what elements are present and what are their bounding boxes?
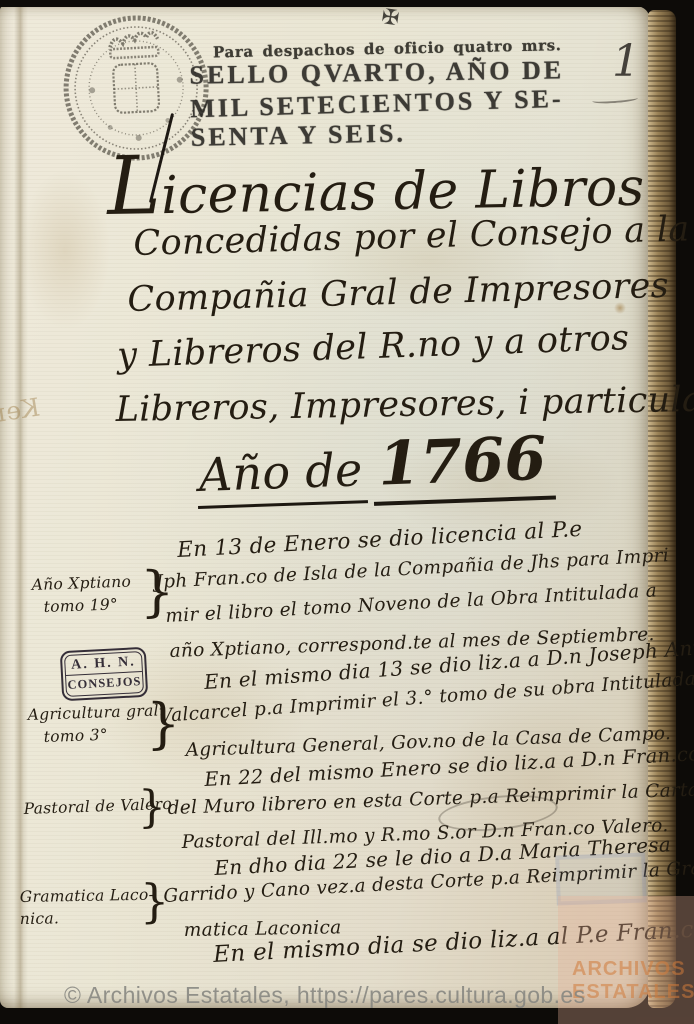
margin-brace: } bbox=[138, 782, 166, 833]
ahn-consejos-stamp: A. H. N. CONSEJOS bbox=[57, 644, 152, 705]
ahn-stamp-line-2: CONSEJOS bbox=[66, 672, 143, 696]
corner-watermark-line-1: ARCHIVOS bbox=[572, 958, 694, 981]
year-label: Año de bbox=[196, 442, 368, 509]
page-edge-strip bbox=[648, 10, 676, 1008]
margin-note: Año Xptiano bbox=[31, 573, 131, 594]
margin-note: tomo 3° bbox=[43, 726, 108, 746]
cross-ornament-icon: ✠ bbox=[380, 4, 401, 30]
crease-line bbox=[14, 6, 28, 1008]
year-value: 1766 bbox=[371, 424, 556, 506]
margin-note: nica. bbox=[20, 909, 60, 928]
margin-note: Gramatica Laco- bbox=[20, 886, 155, 906]
folio-number: 1 bbox=[612, 36, 640, 87]
margin-note: tomo 19° bbox=[43, 595, 118, 616]
footer-watermark: © Archivos Estatales, https://pares.cult… bbox=[64, 982, 585, 1009]
year-heading: Año de1766 bbox=[196, 424, 556, 506]
corner-watermark: ARCHIVOS ESTATALES bbox=[572, 958, 694, 1004]
corner-watermark-line-2: ESTATALES bbox=[572, 981, 694, 1004]
top-shadow bbox=[0, 0, 694, 7]
photo-backdrop: Kempis ✠ Para despachos de of bbox=[0, 0, 694, 1024]
